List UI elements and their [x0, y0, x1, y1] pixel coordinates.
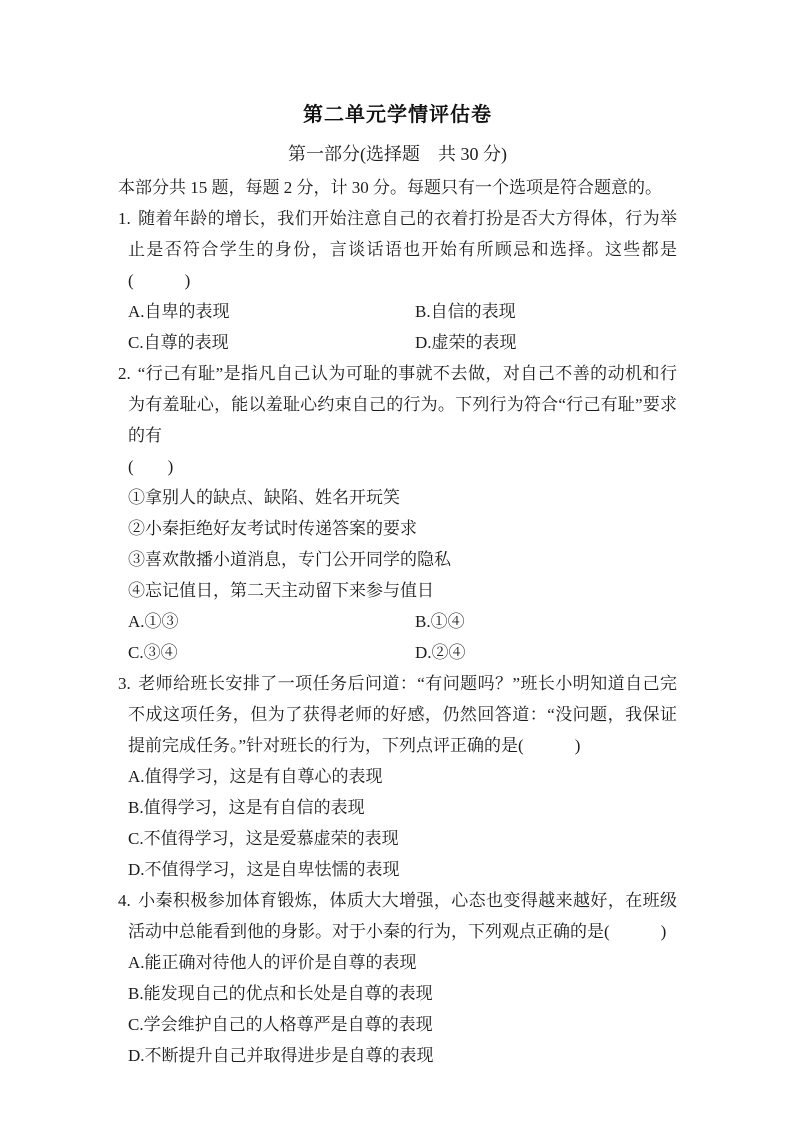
option-d-text: ②④ — [432, 643, 466, 662]
section-intro: 本部分共 15 题，每题 2 分，计 30 分。每题只有一个选项是符合题意的。 — [118, 172, 677, 203]
option-a-text: 自卑的表现 — [145, 302, 230, 321]
option-b-label: B. — [415, 302, 431, 321]
section-heading: 第一部分(选择题 共 30 分) — [118, 139, 677, 170]
option-b-text: 能发现自己的优点和长处是自尊的表现 — [144, 984, 433, 1003]
question-3: 3.老师给班长安排了一项任务后问道：“有问题吗？”班长小明知道自己完不成这项任务… — [118, 668, 677, 885]
option-d-label: D. — [128, 860, 145, 879]
option-a-label: A. — [128, 612, 145, 631]
question-2-option-a: A.①③ — [128, 606, 415, 637]
question-1-text: 随着年龄的增长，我们开始注意自己的衣着打扮是否大方得体，行为举止是否符合学生的身… — [128, 209, 677, 290]
question-2-text: “行己有耻”是指凡自己认为可耻的事就不去做，对自己不善的动机和行为有羞耻心，能以… — [128, 364, 677, 445]
question-4-option-a: A.能正确对待他人的评价是自尊的表现 — [128, 947, 677, 978]
question-2-number: 2. — [118, 364, 131, 383]
option-c-text: 自尊的表现 — [144, 333, 229, 352]
option-d-text: 虚荣的表现 — [432, 333, 517, 352]
option-d-label: D. — [415, 333, 432, 352]
option-a-label: A. — [128, 953, 145, 972]
question-3-option-d: D.不值得学习，这是自卑怯懦的表现 — [128, 854, 677, 885]
option-b-text: ①④ — [431, 612, 465, 631]
question-4-text: 小秦积极参加体育锻炼，体质大大增强，心态也变得越来越好，在班级活动中总能看到他的… — [128, 891, 677, 941]
option-c-text: 学会维护自己的人格尊严是自尊的表现 — [144, 1015, 433, 1034]
option-b-label: B. — [128, 984, 144, 1003]
question-4-number: 4. — [118, 891, 131, 910]
question-2-option-c: C.③④ — [128, 637, 415, 668]
option-a-text: 能正确对待他人的评价是自尊的表现 — [145, 953, 417, 972]
option-c-text: 不值得学习，这是爱慕虚荣的表现 — [144, 829, 399, 848]
question-3-stem: 3.老师给班长安排了一项任务后问道：“有问题吗？”班长小明知道自己完不成这项任务… — [118, 668, 677, 761]
question-1-stem: 1.随着年龄的增长，我们开始注意自己的衣着打扮是否大方得体，行为举止是否符合学生… — [118, 203, 677, 296]
option-b-label: B. — [415, 612, 431, 631]
question-3-option-c: C.不值得学习，这是爱慕虚荣的表现 — [128, 823, 677, 854]
option-b-text: 自信的表现 — [431, 302, 516, 321]
question-2-options: A.①③ B.①④ C.③④ D.②④ — [118, 606, 677, 668]
option-b-label: B. — [128, 798, 144, 817]
question-4-option-d: D.不断提升自己并取得进步是自尊的表现 — [128, 1040, 677, 1071]
question-2-subitem-3: ③喜欢散播小道消息，专门公开同学的隐私 — [118, 544, 677, 575]
question-3-options: A.值得学习，这是有自尊心的表现 B.值得学习，这是有自信的表现 C.不值得学习… — [118, 761, 677, 885]
question-1: 1.随着年龄的增长，我们开始注意自己的衣着打扮是否大方得体，行为举止是否符合学生… — [118, 203, 677, 358]
question-2-subitem-4: ④忘记值日，第二天主动留下来参与值日 — [118, 575, 677, 606]
question-3-number: 3. — [118, 674, 131, 693]
question-3-option-b: B.值得学习，这是有自信的表现 — [128, 792, 677, 823]
question-4-option-c: C.学会维护自己的人格尊严是自尊的表现 — [128, 1009, 677, 1040]
question-1-option-d: D.虚荣的表现 — [415, 327, 677, 358]
option-d-label: D. — [415, 643, 432, 662]
question-1-number: 1. — [118, 209, 131, 228]
question-4-option-b: B.能发现自己的优点和长处是自尊的表现 — [128, 978, 677, 1009]
question-2-subitem-2: ②小秦拒绝好友考试时传递答案的要求 — [118, 513, 677, 544]
question-4-options: A.能正确对待他人的评价是自尊的表现 B.能发现自己的优点和长处是自尊的表现 C… — [118, 947, 677, 1071]
question-2-option-d: D.②④ — [415, 637, 677, 668]
option-c-label: C. — [128, 333, 144, 352]
question-1-option-a: A.自卑的表现 — [128, 296, 415, 327]
page-title: 第二单元学情评估卷 — [118, 100, 677, 131]
question-3-option-a: A.值得学习，这是有自尊心的表现 — [128, 761, 677, 792]
question-2-subitem-1: ①拿别人的缺点、缺陷、姓名开玩笑 — [118, 482, 677, 513]
option-a-text: ①③ — [145, 612, 179, 631]
option-b-text: 值得学习，这是有自信的表现 — [144, 798, 365, 817]
option-d-label: D. — [128, 1046, 145, 1065]
option-d-text: 不断提升自己并取得进步是自尊的表现 — [145, 1046, 434, 1065]
exam-paper-page: 第二单元学情评估卷 第一部分(选择题 共 30 分) 本部分共 15 题，每题 … — [0, 0, 793, 1122]
question-2: 2.“行己有耻”是指凡自己认为可耻的事就不去做，对自己不善的动机和行为有羞耻心，… — [118, 358, 677, 668]
option-a-label: A. — [128, 302, 145, 321]
option-d-text: 不值得学习，这是自卑怯懦的表现 — [145, 860, 400, 879]
option-c-label: C. — [128, 829, 144, 848]
question-2-answer-bracket: ( ) — [118, 451, 677, 482]
question-1-option-c: C.自尊的表现 — [128, 327, 415, 358]
option-c-label: C. — [128, 643, 144, 662]
question-2-stem: 2.“行己有耻”是指凡自己认为可耻的事就不去做，对自己不善的动机和行为有羞耻心，… — [118, 358, 677, 451]
option-a-label: A. — [128, 767, 145, 786]
option-c-text: ③④ — [144, 643, 178, 662]
question-4: 4.小秦积极参加体育锻炼，体质大大增强，心态也变得越来越好，在班级活动中总能看到… — [118, 885, 677, 1071]
question-1-option-b: B.自信的表现 — [415, 296, 677, 327]
question-2-option-b: B.①④ — [415, 606, 677, 637]
question-1-options: A.自卑的表现 B.自信的表现 C.自尊的表现 D.虚荣的表现 — [118, 296, 677, 358]
option-c-label: C. — [128, 1015, 144, 1034]
question-4-stem: 4.小秦积极参加体育锻炼，体质大大增强，心态也变得越来越好，在班级活动中总能看到… — [118, 885, 677, 947]
question-3-text: 老师给班长安排了一项任务后问道：“有问题吗？”班长小明知道自己完不成这项任务，但… — [128, 674, 677, 755]
option-a-text: 值得学习，这是有自尊心的表现 — [145, 767, 383, 786]
